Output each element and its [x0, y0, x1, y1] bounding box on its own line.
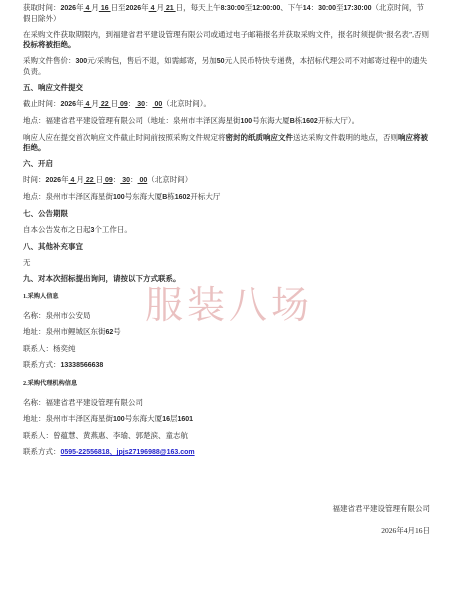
text-run: 09	[103, 177, 113, 184]
text-run: 日，每天上午	[176, 3, 221, 12]
footer-company: 福建省君平建设管理有限公司	[23, 504, 430, 514]
opening-location: 地点：泉州市丰泽区海星街100号东海大厦B栋1602开标大厅	[23, 192, 430, 203]
text-run: 2.采购代理机构信息	[23, 380, 77, 387]
text-run: 日至	[111, 3, 126, 12]
text-run: 17:30:00	[344, 5, 372, 12]
text-run: 。	[38, 143, 46, 152]
text-run: 14	[303, 5, 311, 12]
text-run: 联系方式：	[23, 360, 61, 369]
section-8-heading: 八、其他补充事宜	[23, 242, 430, 252]
section-9-heading: 九、对本次招标提出询问，请按以下方式联系。	[23, 274, 430, 284]
text-run: 号东海大厦	[252, 116, 290, 125]
purchaser-info-heading: 1.采购人信息	[23, 292, 430, 302]
purchaser-contact-person: 联系人：杨奕纯	[23, 344, 430, 354]
section-7-heading: 七、公告期限	[23, 209, 430, 219]
text-run: 1601	[177, 416, 193, 423]
text-run: 2026	[46, 177, 62, 184]
text-run: 00	[153, 101, 163, 108]
text-run: 名称：泉州市公安局	[23, 311, 91, 320]
text-run: 30:00	[318, 5, 336, 12]
text-run: 无	[23, 258, 31, 267]
text-run: 2026	[61, 5, 77, 12]
text-run: （北京时间）	[147, 175, 192, 184]
text-run: 100	[113, 416, 125, 423]
sealed-documents-note: 响应人应在提交首次响应文件截止时间前按照采购文件规定将密封的纸质响应文件送达采购…	[23, 133, 430, 153]
text-run: 22	[99, 101, 111, 108]
text-run: 8:30:00	[221, 5, 245, 12]
agency-info-heading: 2.采购代理机构信息	[23, 379, 430, 389]
text-run: 获取时间：	[23, 3, 61, 12]
agency-name: 名称：福建省君平建设管理有限公司	[23, 398, 430, 408]
text-run: 个工作日。	[94, 225, 132, 234]
text-run: 八、其他补充事宜	[23, 242, 83, 251]
document-page: 获取时间：2026年 4 月 16 日至2026年 4 月 21 日，每天上午8…	[0, 0, 450, 536]
text-run: 截止时间：	[23, 99, 61, 108]
supplementary-none: 无	[23, 258, 430, 268]
text-run: 13338566638	[61, 362, 104, 369]
text-run: 年	[141, 3, 149, 12]
text-run: 自本公告发布之日起	[23, 225, 91, 234]
text-run: 年	[76, 3, 84, 12]
text-run: 采购文件售价：	[23, 56, 76, 65]
text-run: 号东海大厦	[125, 414, 163, 423]
purchaser-address: 地址：泉州市鲤城区东街62号	[23, 327, 430, 338]
footer-date: 2026年4月16日	[23, 526, 430, 536]
text-run: 月	[156, 3, 164, 12]
agency-contact-person: 联系人：曾蕴慧、黄燕惠、李瑜、郭楚滨、童志航	[23, 431, 430, 441]
text-run: ：	[145, 99, 153, 108]
agency-address: 地址：泉州市丰泽区海星街100号东海大厦16层1601	[23, 414, 430, 425]
text-run: 50	[217, 58, 225, 65]
text-run: 30	[120, 177, 130, 184]
text-run: 开标大厅	[190, 192, 220, 201]
text-run: 09	[118, 101, 128, 108]
text-run: 、下午	[280, 3, 303, 12]
text-run: 号	[113, 327, 121, 336]
submission-deadline: 截止时间：2026年 4 月 22 日 09： 30： 00（北京时间）。	[23, 99, 430, 110]
text-run: 1.采购人信息	[23, 293, 59, 300]
text-run: 时间：	[23, 175, 46, 184]
text-run: 12:00:00	[252, 5, 280, 12]
document-body: 获取时间：2026年 4 月 16 日至2026年 4 月 21 日，每天上午8…	[23, 3, 430, 458]
text-run: 21	[164, 5, 176, 12]
text-run: 地点：福建省君平建设管理有限公司（地址：泉州市丰泽区海星街	[23, 116, 241, 125]
acquisition-time: 获取时间：2026年 4 月 16 日至2026年 4 月 21 日，每天上午8…	[23, 3, 430, 24]
announcement-period: 自本公告发布之日起3个工作日。	[23, 225, 430, 236]
text-run: 元/采购包，售后不退，如需邮寄，另加	[87, 56, 217, 65]
text-run: 30	[135, 101, 145, 108]
text-run: 年	[76, 99, 84, 108]
section-5-heading: 五、响应文件提交	[23, 83, 430, 93]
text-run: 响应人应在提交首次响应文件截止时间前按照采购文件规定将	[23, 133, 226, 142]
text-run: 1602	[302, 118, 318, 125]
submission-location: 地点：福建省君平建设管理有限公司（地址：泉州市丰泽区海星街100号东海大厦B栋1…	[23, 116, 430, 127]
text-run: 年	[61, 175, 69, 184]
text-run: ：	[130, 175, 138, 184]
text-run: 300	[76, 58, 88, 65]
text-run: 号东海大厦	[125, 192, 163, 201]
text-run: 名称：福建省君平建设管理有限公司	[23, 398, 143, 407]
purchaser-contact-number: 联系方式：13338566638	[23, 360, 430, 371]
document-footer: 福建省君平建设管理有限公司 2026年4月16日	[23, 504, 430, 536]
text-run: 开标大厅）。	[318, 116, 359, 125]
document-price: 采购文件售价：300元/采购包，售后不退，如需邮寄，另加50元人民币特快专递费，…	[23, 56, 430, 77]
text-run: 联系人：杨奕纯	[23, 344, 76, 353]
text-run: 100	[241, 118, 253, 125]
contact-link[interactable]: 0595-22556818、jpjs27196988@163.com	[61, 449, 195, 456]
text-run: 送达采购文件载明的地点，否则	[293, 133, 398, 142]
text-run: 2026	[126, 5, 142, 12]
text-run: 栋	[167, 192, 175, 201]
text-run: ：	[311, 3, 319, 12]
text-run: 月	[76, 175, 84, 184]
text-run: 月	[91, 99, 99, 108]
agency-contact-number: 联系方式：0595-22556818、jpjs27196988@163.com	[23, 447, 430, 458]
registration-note: 在采购文件获取期限内，到福建省君平建设管理有限公司或通过电子邮箱报名并获取采购文…	[23, 30, 430, 50]
text-run: 在采购文件获取期限内，到福建省君平建设管理有限公司或通过电子邮箱报名并获取采购文…	[23, 30, 429, 39]
text-run: 五、响应文件提交	[23, 83, 83, 92]
text-run: 日	[111, 99, 119, 108]
text-run: 1602	[175, 194, 191, 201]
text-run: 至	[336, 3, 344, 12]
text-run: 日	[96, 175, 104, 184]
text-run: 地点：泉州市丰泽区海星街	[23, 192, 113, 201]
opening-time: 时间：2026年 4 月 22 日 09： 30： 00（北京时间）	[23, 175, 430, 186]
purchaser-name: 名称：泉州市公安局	[23, 311, 430, 321]
text-run: 月	[91, 3, 99, 12]
text-run: 联系人：曾蕴慧、黄燕惠、李瑜、郭楚滨、童志航	[23, 431, 188, 440]
text-run: 六、开启	[23, 159, 53, 168]
text-run: 投标将被拒绝。	[23, 40, 76, 49]
text-run: 2026	[61, 101, 77, 108]
text-run: 九、对本次招标提出询问，请按以下方式联系。	[23, 274, 181, 283]
text-run: 00	[138, 177, 148, 184]
text-run: 地址：泉州市鲤城区东街	[23, 327, 106, 336]
text-run: 地址：泉州市丰泽区海星街	[23, 414, 113, 423]
text-run: 密封的纸质响应文件	[226, 133, 294, 142]
section-6-heading: 六、开启	[23, 159, 430, 169]
text-run: 100	[113, 194, 125, 201]
text-run: 联系方式：	[23, 447, 61, 456]
text-run: 16	[162, 416, 170, 423]
text-run: 22	[84, 177, 96, 184]
text-run: 16	[99, 5, 111, 12]
text-run: （北京时间）。	[162, 99, 211, 108]
text-run: 七、公告期限	[23, 209, 68, 218]
